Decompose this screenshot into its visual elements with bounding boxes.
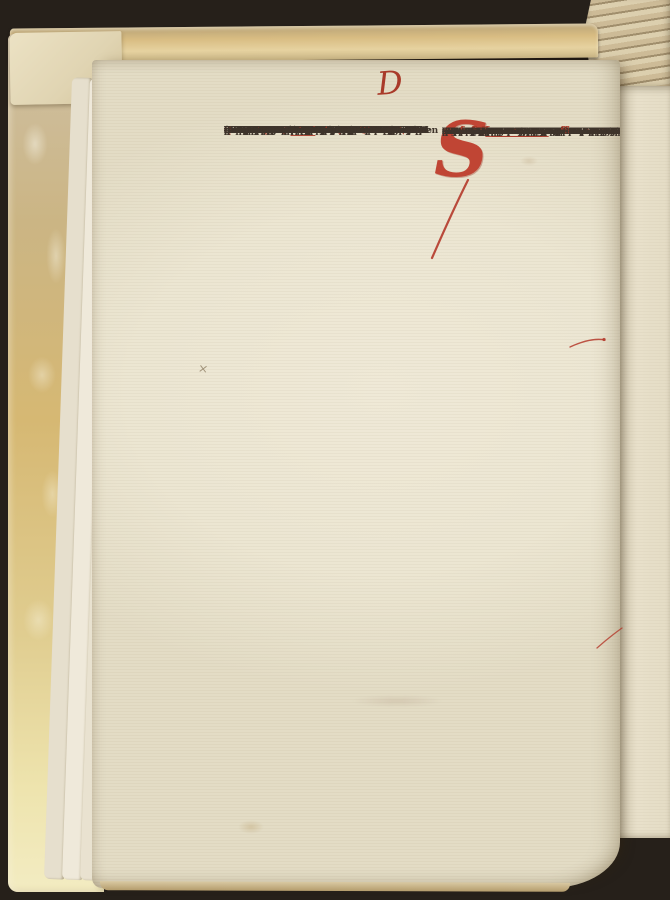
text-line: ſunt in eodē inſtāti. ergo euiterna ſūt … xyxy=(442,125,620,137)
margin-cross-mark: × xyxy=(197,361,215,379)
text-line: aliquatenus diſcedendum . xyxy=(224,125,350,137)
quire-signature-mark: D xyxy=(367,61,414,108)
text-column-left: diuerſa 7 hoc habebit queſtionē infra . … xyxy=(224,125,438,725)
text-column-right: Ecundo queritur Vtrū ſpūaliahabeāt mēſur… xyxy=(442,125,620,725)
book-scan: D S × diuerſa 7 hoc habebit queſtionē in… xyxy=(0,0,670,900)
facing-page-edge xyxy=(612,86,670,838)
page-bottom-edge xyxy=(100,881,570,892)
paper-stain xyxy=(238,820,264,834)
